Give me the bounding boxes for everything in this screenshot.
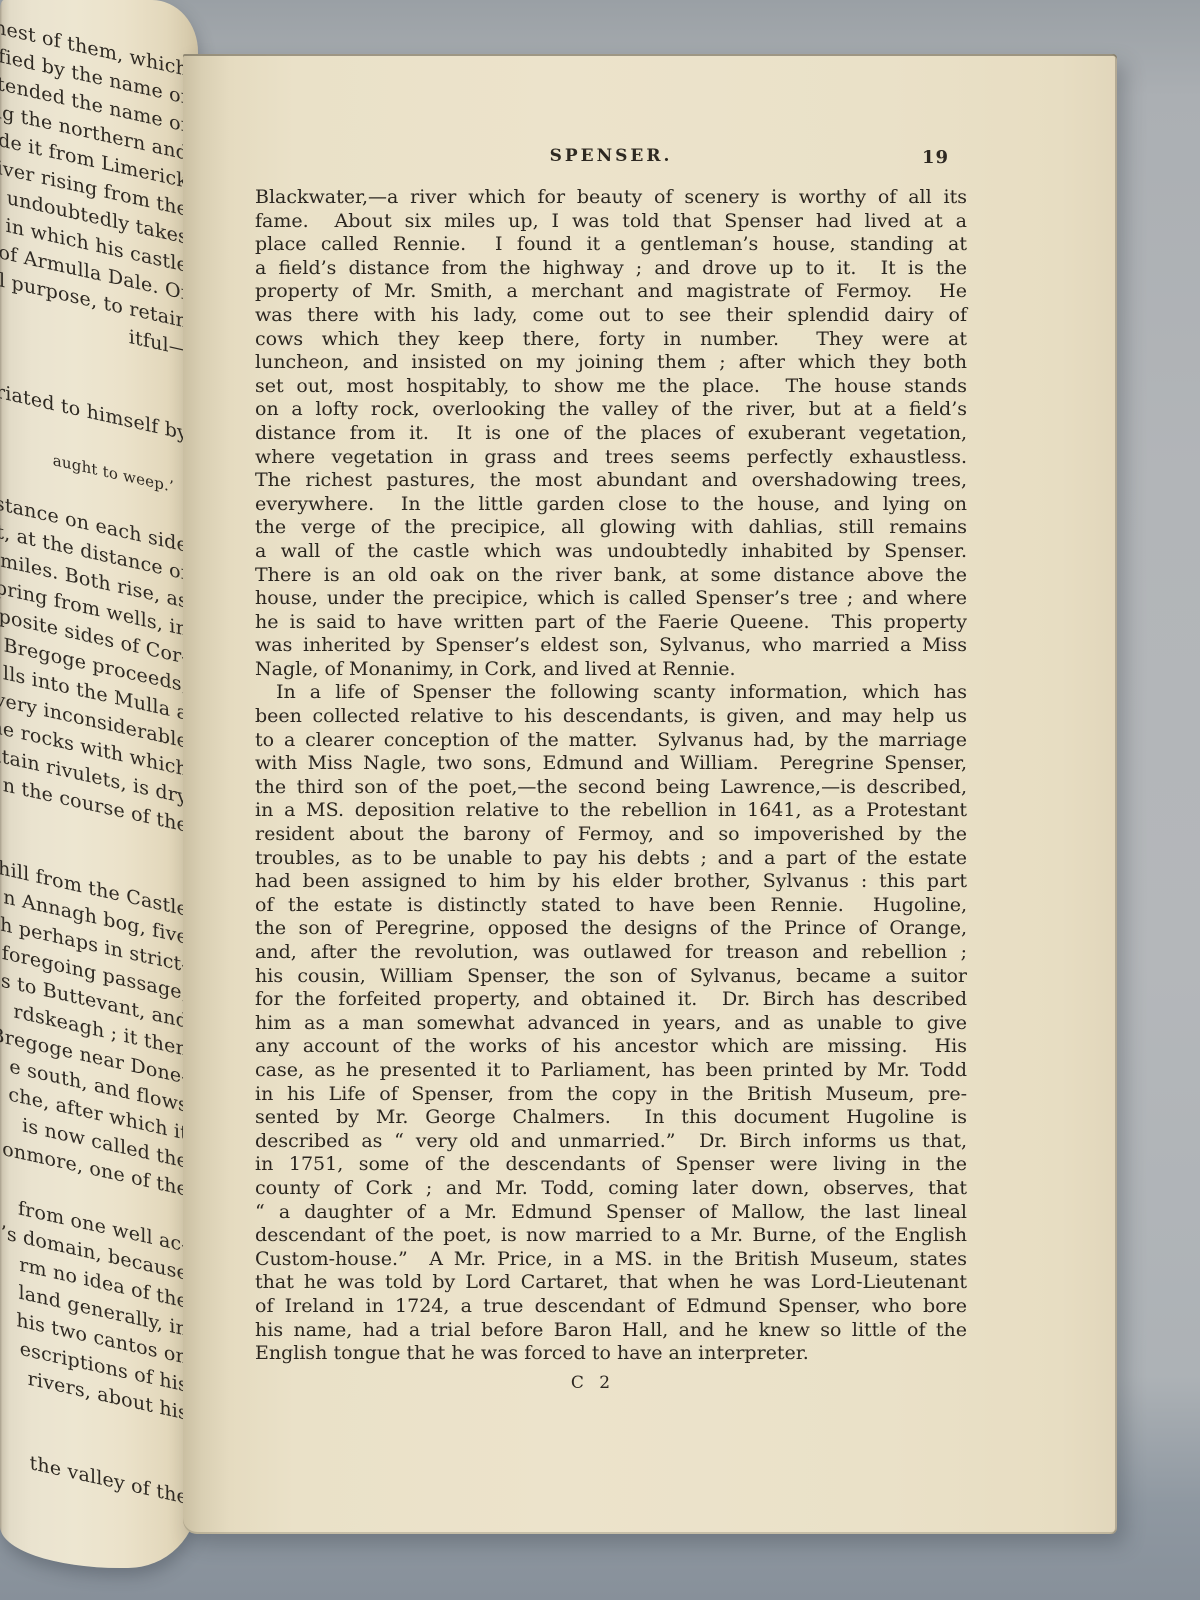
body-text-line: descendant of the poet, is now married t… <box>255 1224 967 1248</box>
body-text-line: with Miss Nagle, two sons, Edmund and Wi… <box>255 752 967 776</box>
running-head: SPENSER. <box>255 146 967 166</box>
body-text-line: house, under the precipice, which is cal… <box>255 587 967 611</box>
body-text-line: in 1751, some of the descendants of Spen… <box>255 1153 967 1177</box>
body-text-line: in a MS. deposition relative to the rebe… <box>255 799 967 823</box>
body-text-line: was inherited by Spenser’s eldest son, S… <box>255 634 967 658</box>
body-text-line: troubles, as to be unable to pay his deb… <box>255 847 967 871</box>
body-text-line: of the estate is distinctly stated to ha… <box>255 894 967 918</box>
body-text-line: Nagle, of Monanimy, in Cork, and lived a… <box>255 658 967 682</box>
page-inner: SPENSER. 19 Blackwater,—a river which fo… <box>255 54 967 1534</box>
body-text-line: on a lofty rock, overlooking the valley … <box>255 398 967 422</box>
body-text-line: where vegetation in grass and trees seem… <box>255 446 967 470</box>
body-text-line: set out, most hospitably, to show me the… <box>255 375 967 399</box>
body-text-line: cows which they keep there, forty in num… <box>255 328 967 352</box>
body-text-line: Blackwater,—a river which for beauty of … <box>255 186 967 210</box>
body-text: Blackwater,—a river which for beauty of … <box>255 186 967 1366</box>
body-text-line: a field’s distance from the highway ; an… <box>255 257 967 281</box>
body-text-line: he is said to have written part of the F… <box>255 611 967 635</box>
body-text-line: place called Rennie. I found it a gentle… <box>255 233 967 257</box>
page-number: 19 <box>922 147 949 168</box>
page-header-row: SPENSER. 19 <box>255 146 967 172</box>
body-text-line: had been assigned to him by his elder br… <box>255 870 967 894</box>
body-text-line: fame. About six miles up, I was told tha… <box>255 210 967 234</box>
body-text-line: everywhere. In the little garden close t… <box>255 493 967 517</box>
body-text-line: been collected relative to his descendan… <box>255 705 967 729</box>
body-text-line: There is an old oak on the river bank, a… <box>255 564 967 588</box>
body-text-line: his name, had a trial before Baron Hall,… <box>255 1319 967 1343</box>
body-text-line: property of Mr. Smith, a merchant and ma… <box>255 280 967 304</box>
body-text-line: the verge of the precipice, all glowing … <box>255 516 967 540</box>
body-text-line: Custom-house.” A Mr. Price, in a MS. in … <box>255 1248 967 1272</box>
body-text-line: resident about the barony of Fermoy, and… <box>255 823 967 847</box>
body-text-line: distance from it. It is one of the place… <box>255 422 967 446</box>
body-text-line: described as “ very old and unmarried.” … <box>255 1130 967 1154</box>
signature-mark: C 2 <box>237 1373 949 1393</box>
body-text-line: luncheon, and insisted on my joining the… <box>255 351 967 375</box>
body-text-line: the third son of the poet,—the second be… <box>255 776 967 800</box>
body-text-line: was there with his lady, come out to see… <box>255 304 967 328</box>
body-text-line: a wall of the castle which was undoubted… <box>255 540 967 564</box>
body-text-line: the son of Peregrine, opposed the design… <box>255 917 967 941</box>
body-text-line: In a life of Spenser the following scant… <box>255 681 967 705</box>
body-text-line: “ a daughter of a Mr. Edmund Spenser of … <box>255 1201 967 1225</box>
body-text-line: English tongue that he was forced to hav… <box>255 1342 967 1366</box>
body-text-line: for the forfeited property, and obtained… <box>255 988 967 1012</box>
body-text-line: case, as he presented it to Parliament, … <box>255 1059 967 1083</box>
body-text-line: and, after the revolution, was outlawed … <box>255 941 967 965</box>
body-text-line: to a clearer conception of the matter. S… <box>255 729 967 753</box>
body-text-line: of Ireland in 1724, a true descendant of… <box>255 1295 967 1319</box>
body-text-line: in his Life of Spenser, from the copy in… <box>255 1083 967 1107</box>
body-text-line: his cousin, William Spenser, the son of … <box>255 965 967 989</box>
book-photograph: { "photo": { "colors": { "paper": "#eae1… <box>0 0 1200 1600</box>
body-text-line: that he was told by Lord Cartaret, that … <box>255 1271 967 1295</box>
left-page: ighest of them, whichgnified by the name… <box>0 0 198 1568</box>
right-page: SPENSER. 19 Blackwater,—a river which fo… <box>183 54 1117 1534</box>
body-text-line: him as a man somewhat advanced in years,… <box>255 1012 967 1036</box>
photo-background: ighest of them, whichgnified by the name… <box>0 0 1200 1600</box>
body-text-line: county of Cork ; and Mr. Todd, coming la… <box>255 1177 967 1201</box>
body-text-line: sented by Mr. George Chalmers. In this d… <box>255 1106 967 1130</box>
left-page-text: ighest of them, whichgnified by the name… <box>0 1 188 1512</box>
body-text-line: The richest pastures, the most abundant … <box>255 469 967 493</box>
body-text-line: any account of the works of his ancestor… <box>255 1035 967 1059</box>
